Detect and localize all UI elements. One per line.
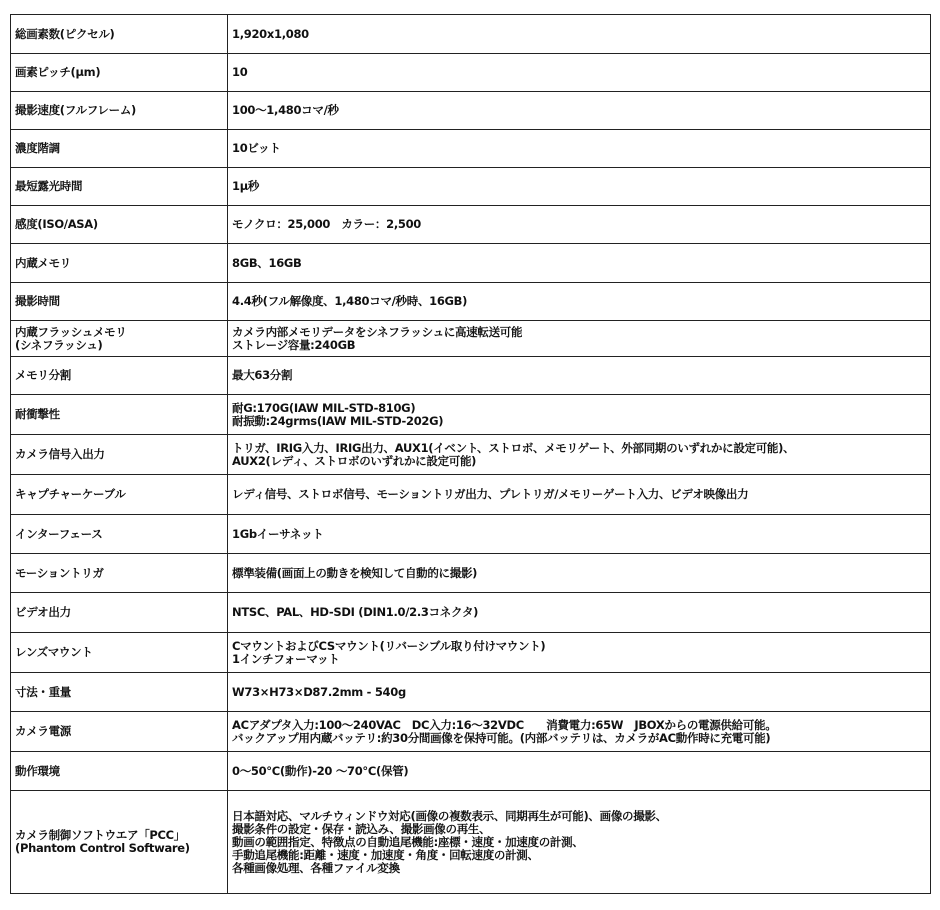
spec-label-cell: モーショントリガ <box>11 554 228 593</box>
spec-value-text: ACアダプタ入力:100～240VAC DC入力:16～32VDC 消費電力:6… <box>232 719 926 732</box>
spec-label-text: レンズマウント <box>15 646 223 659</box>
spec-label-text: カメラ信号入出力 <box>15 448 223 461</box>
spec-row: 感度(ISO/ASA)モノクロ：25,000 カラー：2,500 <box>11 206 931 244</box>
spec-label-text: 内蔵フラッシュメモリ <box>15 326 223 339</box>
spec-value-cell: レディ信号、ストロボ信号、モーショントリガ出力、プレトリガ/メモリーゲート入力、… <box>228 475 931 515</box>
spec-value-text: 耐振動:24grms(IAW MIL-STD-202G) <box>232 415 926 428</box>
spec-value-text: 10 <box>232 66 926 79</box>
spec-label-text: 濃度階調 <box>15 142 223 155</box>
spec-value-cell: NTSC、PAL、HD-SDI (DIN1.0/2.3コネクタ) <box>228 593 931 633</box>
spec-label-text: 総画素数(ピクセル) <box>15 28 223 41</box>
spec-label-cell: 最短露光時間 <box>11 168 228 206</box>
spec-row: 寸法・重量W73×H73×D87.2mm - 540g <box>11 673 931 712</box>
spec-row: インターフェース1Gbイーサネット <box>11 515 931 554</box>
spec-label-cell: カメラ電源 <box>11 712 228 752</box>
spec-value-text: 4.4秒(フル解像度、1,480コマ/秒時、16GB) <box>232 295 926 308</box>
spec-row: メモリ分割最大63分割 <box>11 357 931 395</box>
spec-row: キャプチャーケーブルレディ信号、ストロボ信号、モーショントリガ出力、プレトリガ/… <box>11 475 931 515</box>
spec-value-text: 8GB、16GB <box>232 257 926 270</box>
spec-value-text: 1Gbイーサネット <box>232 528 926 541</box>
spec-label-text: インターフェース <box>15 528 223 541</box>
spec-label-text: 撮影速度(フルフレーム) <box>15 104 223 117</box>
spec-value-text: 1インチフォーマット <box>232 653 926 666</box>
spec-row: モーショントリガ標準装備(画面上の動きを検知して自動的に撮影) <box>11 554 931 593</box>
spec-row: 最短露光時間1μ秒 <box>11 168 931 206</box>
spec-label-cell: 撮影時間 <box>11 283 228 321</box>
spec-row: 画素ピッチ(μm)10 <box>11 54 931 92</box>
spec-label-text: カメラ電源 <box>15 725 223 738</box>
spec-value-text: W73×H73×D87.2mm - 540g <box>232 686 926 699</box>
spec-label-cell: カメラ信号入出力 <box>11 435 228 475</box>
spec-value-text: バックアップ用内蔵バッテリ:約30分間画像を保持可能。(内部バッテリは、カメラが… <box>232 732 926 745</box>
spec-row: カメラ制御ソフトウエア「PCC」(Phantom Control Softwar… <box>11 791 931 894</box>
spec-value-text: 1μ秒 <box>232 180 926 193</box>
spec-value-text: AUX2(レディ、ストロボのいずれかに設定可能) <box>232 455 926 468</box>
spec-label-text: 動作環境 <box>15 765 223 778</box>
spec-label-text: 撮影時間 <box>15 295 223 308</box>
spec-value-cell: 8GB、16GB <box>228 244 931 283</box>
spec-value-cell: 4.4秒(フル解像度、1,480コマ/秒時、16GB) <box>228 283 931 321</box>
spec-label-cell: メモリ分割 <box>11 357 228 395</box>
spec-row: 耐衝撃性耐G:170G(IAW MIL-STD-810G)耐振動:24grms(… <box>11 395 931 435</box>
spec-label-cell: レンズマウント <box>11 633 228 673</box>
spec-row: 撮影時間4.4秒(フル解像度、1,480コマ/秒時、16GB) <box>11 283 931 321</box>
spec-label-cell: 寸法・重量 <box>11 673 228 712</box>
spec-label-text: 感度(ISO/ASA) <box>15 218 223 231</box>
spec-row: 動作環境0～50℃(動作)-20 ～70℃(保管) <box>11 752 931 791</box>
spec-value-cell: カメラ内部メモリデータをシネフラッシュに高速転送可能ストレージ容量:240GB <box>228 321 931 357</box>
spec-value-text: 100～1,480コマ/秒 <box>232 104 926 117</box>
spec-label-text: 画素ピッチ(μm) <box>15 66 223 79</box>
spec-value-cell: 日本語対応、マルチウィンドウ対応(画像の複数表示、同期再生が可能)、画像の撮影、… <box>228 791 931 894</box>
spec-label-text: メモリ分割 <box>15 369 223 382</box>
spec-value-cell: W73×H73×D87.2mm - 540g <box>228 673 931 712</box>
spec-table: 総画素数(ピクセル)1,920x1,080画素ピッチ(μm)10撮影速度(フルフ… <box>10 14 931 894</box>
spec-row: 内蔵メモリ8GB、16GB <box>11 244 931 283</box>
spec-value-cell: 10 <box>228 54 931 92</box>
spec-value-text: トリガ、IRIG入力、IRIG出力、AUX1(イベント、ストロボ、メモリゲート、… <box>232 442 926 455</box>
spec-label-text: (Phantom Control Software) <box>15 842 223 855</box>
spec-label-cell: 内蔵メモリ <box>11 244 228 283</box>
spec-value-cell: 10ビット <box>228 130 931 168</box>
spec-label-cell: 耐衝撃性 <box>11 395 228 435</box>
spec-value-cell: 耐G:170G(IAW MIL-STD-810G)耐振動:24grms(IAW … <box>228 395 931 435</box>
spec-value-cell: ACアダプタ入力:100～240VAC DC入力:16～32VDC 消費電力:6… <box>228 712 931 752</box>
spec-value-text: モノクロ：25,000 カラー：2,500 <box>232 218 926 231</box>
spec-value-text: 最大63分割 <box>232 369 926 382</box>
spec-row: レンズマウントCマウントおよびCSマウント(リバーシブル取り付けマウント)1イン… <box>11 633 931 673</box>
spec-label-text: 最短露光時間 <box>15 180 223 193</box>
spec-row: ビデオ出力NTSC、PAL、HD-SDI (DIN1.0/2.3コネクタ) <box>11 593 931 633</box>
spec-label-cell: キャプチャーケーブル <box>11 475 228 515</box>
spec-value-text: NTSC、PAL、HD-SDI (DIN1.0/2.3コネクタ) <box>232 606 926 619</box>
spec-label-cell: インターフェース <box>11 515 228 554</box>
spec-label-text: 耐衝撃性 <box>15 408 223 421</box>
spec-value-cell: 0～50℃(動作)-20 ～70℃(保管) <box>228 752 931 791</box>
spec-label-cell: 撮影速度(フルフレーム) <box>11 92 228 130</box>
spec-value-text: 0～50℃(動作)-20 ～70℃(保管) <box>232 765 926 778</box>
spec-label-cell: カメラ制御ソフトウエア「PCC」(Phantom Control Softwar… <box>11 791 228 894</box>
spec-label-cell: 総画素数(ピクセル) <box>11 15 228 54</box>
spec-label-cell: 画素ピッチ(μm) <box>11 54 228 92</box>
spec-label-cell: 感度(ISO/ASA) <box>11 206 228 244</box>
spec-value-cell: 標準装備(画面上の動きを検知して自動的に撮影) <box>228 554 931 593</box>
spec-label-text: 寸法・重量 <box>15 686 223 699</box>
spec-value-text: 日本語対応、マルチウィンドウ対応(画像の複数表示、同期再生が可能)、画像の撮影、 <box>232 810 926 823</box>
spec-row: 総画素数(ピクセル)1,920x1,080 <box>11 15 931 54</box>
spec-label-cell: 濃度階調 <box>11 130 228 168</box>
spec-label-text: キャプチャーケーブル <box>15 488 223 501</box>
spec-value-cell: モノクロ：25,000 カラー：2,500 <box>228 206 931 244</box>
spec-value-text: カメラ内部メモリデータをシネフラッシュに高速転送可能 <box>232 326 926 339</box>
spec-value-cell: CマウントおよびCSマウント(リバーシブル取り付けマウント)1インチフォーマット <box>228 633 931 673</box>
spec-label-cell: ビデオ出力 <box>11 593 228 633</box>
spec-value-text: CマウントおよびCSマウント(リバーシブル取り付けマウント) <box>232 640 926 653</box>
spec-value-text: 10ビット <box>232 142 926 155</box>
spec-label-text: モーショントリガ <box>15 567 223 580</box>
spec-value-text: レディ信号、ストロボ信号、モーショントリガ出力、プレトリガ/メモリーゲート入力、… <box>232 488 926 501</box>
spec-row: カメラ電源ACアダプタ入力:100～240VAC DC入力:16～32VDC 消… <box>11 712 931 752</box>
spec-label-text: 内蔵メモリ <box>15 257 223 270</box>
spec-row: カメラ信号入出力トリガ、IRIG入力、IRIG出力、AUX1(イベント、ストロボ… <box>11 435 931 475</box>
spec-label-text: ビデオ出力 <box>15 606 223 619</box>
spec-value-cell: 1,920x1,080 <box>228 15 931 54</box>
spec-value-cell: 最大63分割 <box>228 357 931 395</box>
spec-value-text: 標準装備(画面上の動きを検知して自動的に撮影) <box>232 567 926 580</box>
spec-row: 内蔵フラッシュメモリ(シネフラッシュ)カメラ内部メモリデータをシネフラッシュに高… <box>11 321 931 357</box>
spec-value-text: 耐G:170G(IAW MIL-STD-810G) <box>232 402 926 415</box>
spec-value-cell: 1μ秒 <box>228 168 931 206</box>
spec-value-text: ストレージ容量:240GB <box>232 339 926 352</box>
spec-value-text: 各種画像処理、各種ファイル変換 <box>232 862 926 875</box>
spec-label-cell: 動作環境 <box>11 752 228 791</box>
spec-value-cell: 1Gbイーサネット <box>228 515 931 554</box>
spec-row: 撮影速度(フルフレーム)100～1,480コマ/秒 <box>11 92 931 130</box>
spec-value-text: 撮影条件の設定・保存・読込み、撮影画像の再生、 <box>232 823 926 836</box>
spec-value-text: 1,920x1,080 <box>232 28 926 41</box>
spec-value-text: 動画の範囲指定、特徴点の自動追尾機能:座標・速度・加速度の計測、 <box>232 836 926 849</box>
spec-label-text: (シネフラッシュ) <box>15 339 223 352</box>
spec-value-cell: トリガ、IRIG入力、IRIG出力、AUX1(イベント、ストロボ、メモリゲート、… <box>228 435 931 475</box>
spec-value-cell: 100～1,480コマ/秒 <box>228 92 931 130</box>
spec-row: 濃度階調10ビット <box>11 130 931 168</box>
spec-label-cell: 内蔵フラッシュメモリ(シネフラッシュ) <box>11 321 228 357</box>
spec-value-text: 手動追尾機能:距離・速度・加速度・角度・回転速度の計測、 <box>232 849 926 862</box>
